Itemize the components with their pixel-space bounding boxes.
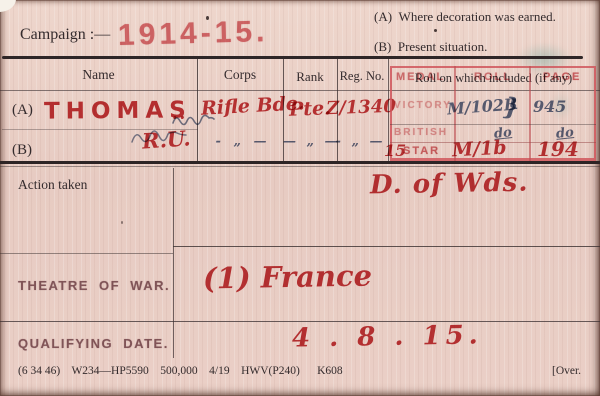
victory-medal-label: VICTORY: [394, 100, 452, 111]
british-medal-label: BRITISH: [394, 127, 448, 138]
footer-over-note: [Over.: [552, 365, 581, 377]
theatre-of-war-label: THEATRE OF WAR.: [18, 278, 170, 293]
ditto-rank: — „ —: [283, 134, 337, 149]
ditto-corps: - „ —: [203, 134, 283, 149]
note-a-prefix: (A): [374, 9, 392, 24]
column-header-rank: Rank: [283, 69, 337, 85]
column-header-corps: Corps: [197, 67, 283, 83]
name-line2-value: R.U.: [141, 125, 191, 153]
section-rule-2: [0, 321, 600, 322]
table-bottom-rule: [0, 161, 600, 164]
victory-page-value: 945: [533, 97, 566, 116]
campaign-label: Campaign :—: [20, 26, 110, 44]
qualifying-date-label: QUALIFYING DATE.: [18, 336, 169, 351]
section-divider-vertical: [173, 168, 174, 358]
note-b: (B) Present situation.: [374, 39, 487, 55]
medal-box-divider-page: [529, 66, 531, 161]
ditto-reg: - „ —: [333, 134, 388, 149]
top-rule: [2, 56, 583, 59]
campaign-stamp: 1914-15.: [118, 15, 269, 53]
star-page-value: 194: [537, 137, 579, 161]
table-bottom-rule-2: [0, 166, 600, 167]
medal-box-header-roll: ROLL: [474, 71, 512, 83]
victory-roll-brace: }: [503, 91, 521, 121]
column-header-name: Name: [0, 67, 197, 83]
note-a-text: Where decoration was earned.: [399, 9, 556, 24]
note-b-text: Present situation.: [398, 39, 488, 54]
footer-print-code: (6 34 46) W234—HP5590 500,000 4/19 HWV(P…: [18, 365, 343, 377]
reg-no-value: Z/1340: [326, 96, 397, 119]
column-header-reg-no: Reg. No.: [333, 69, 391, 84]
note-a: (A) Where decoration was earned.: [374, 9, 556, 25]
action-taken-value: D. of Wds.: [370, 168, 529, 201]
star-roll-value: M/1b: [451, 137, 507, 162]
row-a-label: (A): [12, 102, 33, 119]
qualifying-date-value: 4 . 8 . 15.: [292, 320, 483, 353]
medal-box-header-page: PAGE: [543, 71, 581, 83]
paper-speck: [121, 221, 123, 224]
section-rule-right: [173, 246, 600, 247]
paper-speck: [434, 29, 437, 32]
scan-corner-curl: [0, 0, 16, 12]
note-b-prefix: (B): [374, 39, 391, 54]
medal-index-card: Campaign :— 1914-15. (A) Where decoratio…: [0, 0, 600, 396]
section-rule-left: [0, 253, 173, 254]
row-b-label: (B): [12, 142, 32, 159]
action-taken-label: Action taken: [18, 177, 87, 193]
medal-box-header-medal: MEDAL: [396, 71, 445, 83]
star-medal-label: STAR: [403, 145, 440, 157]
theatre-of-war-value: (1) France: [203, 259, 373, 296]
